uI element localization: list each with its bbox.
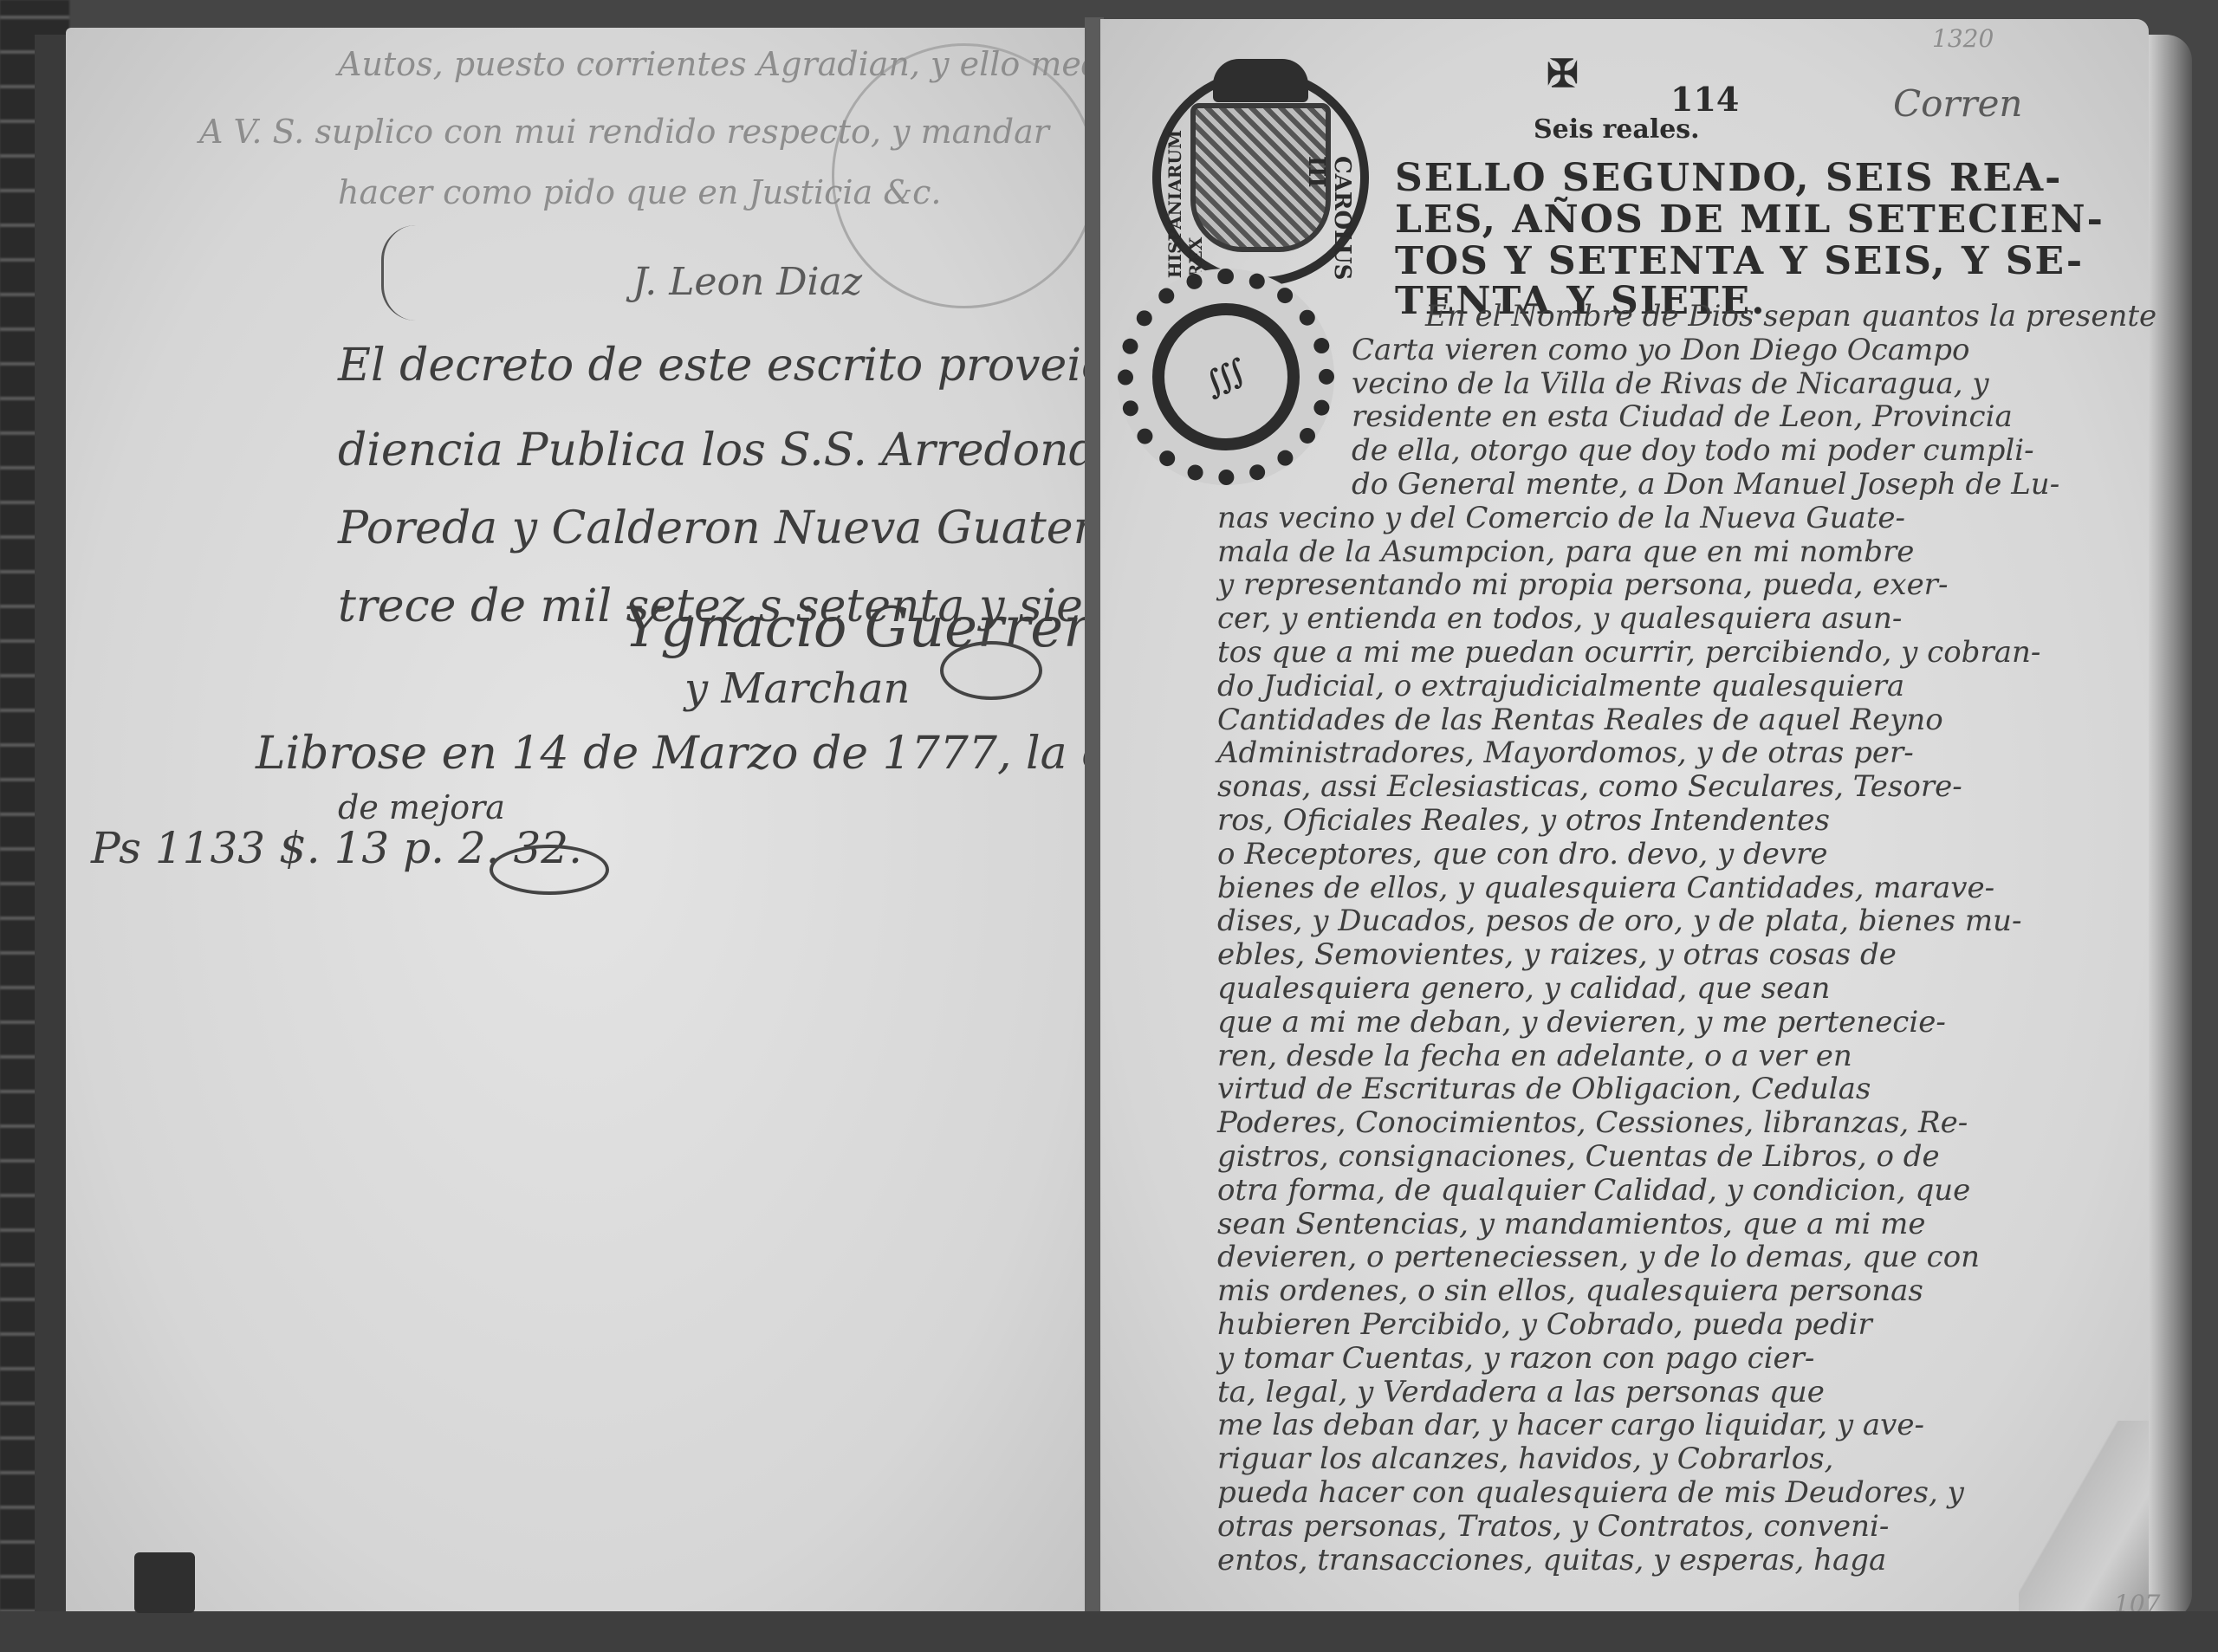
- right-page-edge: [2149, 35, 2192, 1620]
- seal-ring: ∭: [1152, 303, 1300, 450]
- deed-line: y tomar Cuentas, y razon con pago cier-: [1217, 1341, 1814, 1376]
- deed-line: nas vecino y del Comercio de la Nueva Gu…: [1217, 501, 1905, 535]
- margin-note: Corren: [1893, 82, 2022, 125]
- stamp-seal: ∭: [1118, 269, 1334, 485]
- deed-line: sean Sentencias, y mandamientos, que a m…: [1217, 1207, 1926, 1241]
- seal-legend: CAROLUS III: [1303, 156, 1355, 280]
- deed-line: que a mi me deban, y devieren, y me pert…: [1217, 1005, 1946, 1040]
- deed-line: pueda hacer con qualesquiera de mis Deud…: [1217, 1475, 1964, 1510]
- deed-line: sonas, assi Eclesiasticas, como Seculare…: [1217, 769, 1962, 804]
- deed-line: cer, y entienda en todos, y qualesquiera…: [1217, 601, 1902, 636]
- stamp-header-line: TOS Y SETENTA Y SEIS, Y SE-: [1395, 239, 2084, 283]
- stamp-value: Seis reales.: [1534, 114, 1700, 145]
- deed-line: Carta vieren como yo Don Diego Ocampo: [1352, 333, 1969, 367]
- faint-line: hacer como pido que en Justicia &c.: [338, 173, 941, 211]
- deed-line: otra forma, de qualquier Calidad, y cond…: [1217, 1173, 1970, 1208]
- deed-line: otras personas, Tratos, y Contratos, con…: [1217, 1509, 1889, 1544]
- deed-line: riguar los alcanzes, havidos, y Cobrarlo…: [1217, 1441, 1833, 1476]
- page-stack-edge: [35, 35, 66, 1611]
- signature-main: Ygnacio Guerrero y Marchan: [624, 598, 1123, 719]
- deed-line: y representando mi propia persona, pueda…: [1217, 567, 1948, 602]
- deed-line: do Judicial, o extrajudicialmente quales…: [1217, 669, 1904, 703]
- fleuron-icon: ✠: [1547, 52, 1580, 96]
- faint-line: Autos, puesto corrientes Agradian, y ell…: [338, 45, 1186, 83]
- deed-line: devieren, o perteneciessen, y de lo dema…: [1217, 1240, 1980, 1274]
- deed-line: de ella, otorgo que doy todo mi poder cu…: [1352, 433, 2034, 468]
- rubric-flourish-2: [490, 845, 609, 895]
- deed-line: vecino de la Villa de Rivas de Nicaragua…: [1352, 366, 1989, 401]
- deed-line: mala de la Asumpcion, para que en mi nom…: [1217, 534, 1914, 569]
- page-clip: [134, 1552, 195, 1613]
- deed-line: gistros, consignaciones, Cuentas de Libr…: [1217, 1139, 1940, 1174]
- entry-note: de mejora: [338, 788, 505, 826]
- deed-line: virtud de Escrituras de Obligacion, Cedu…: [1217, 1072, 1871, 1106]
- deed-line: entos, transacciones, quitas, y esperas,…: [1217, 1543, 1886, 1577]
- deed-line: ta, legal, y Verdadera a las personas qu…: [1217, 1375, 1825, 1409]
- stamp-header-line: SELLO SEGUNDO, SEIS REA-: [1395, 156, 2062, 200]
- stamp-header-line: LES, AÑOS DE MIL SETECIEN-: [1395, 198, 2105, 242]
- deed-line: ren, desde la fecha en adelante, o a ver…: [1217, 1039, 1852, 1073]
- deed-line: Administradores, Mayordomos, y de otras …: [1217, 735, 1914, 770]
- deed-line: ros, Oficiales Reales, y otros Intendent…: [1217, 803, 1830, 838]
- deed-line: ebles, Semovientes, y raizes, y otras co…: [1217, 937, 1897, 972]
- scan-bottom-edge: [0, 1611, 2218, 1652]
- deed-line: hubieren Percibido, y Cobrado, pueda ped…: [1217, 1307, 1872, 1342]
- deed-line: me las deban dar, y hacer cargo liquidar…: [1217, 1408, 1924, 1442]
- seal-monogram-icon: ∭: [1198, 351, 1253, 402]
- deed-line: Cantidades de las Rentas Reales de aquel…: [1217, 703, 1943, 737]
- folio-number: 114: [1670, 80, 1739, 119]
- deed-line: do General mente, a Don Manuel Joseph de…: [1352, 467, 2059, 502]
- faint-line: A V. S. suplico con mui rendido respecto…: [199, 113, 1049, 151]
- deed-line: Poderes, Conocimientos, Cessiones, libra…: [1217, 1105, 1968, 1140]
- deed-line: mis ordenes, o sin ellos, qualesquiera p…: [1217, 1273, 1923, 1308]
- crown-icon: [1213, 59, 1308, 102]
- deed-line: qualesquiera genero, y calidad, que sean: [1217, 971, 1830, 1006]
- rubric-flourish: [940, 641, 1042, 700]
- deed-line: o Receptores, que con dro. devo, y devre: [1217, 837, 1827, 871]
- deed-line: En el Nombre de Dios sepan quantos la pr…: [1425, 299, 2156, 334]
- deed-line: dises, y Ducados, pesos de oro, y de pla…: [1217, 904, 2021, 938]
- deed-line: residente en esta Ciudad de Leon, Provin…: [1352, 399, 2013, 434]
- signature-name: Ygnacio Guerrero: [624, 598, 1123, 658]
- signature-top: J. Leon Diaz: [632, 260, 862, 304]
- corner-note-top: 1320: [1932, 24, 1994, 53]
- deed-line: bienes de ellos, y qualesquiera Cantidad…: [1217, 871, 1994, 905]
- seal-legend: HISPANIARUM REX: [1164, 130, 1206, 278]
- signature-name-2: y Marchan: [624, 658, 1123, 719]
- royal-seal: CAROLUS III HISPANIARUM REX: [1152, 69, 1369, 286]
- flourish-mark: [381, 225, 453, 321]
- deed-line: tos que a mi me puedan ocurrir, percibie…: [1217, 635, 2040, 670]
